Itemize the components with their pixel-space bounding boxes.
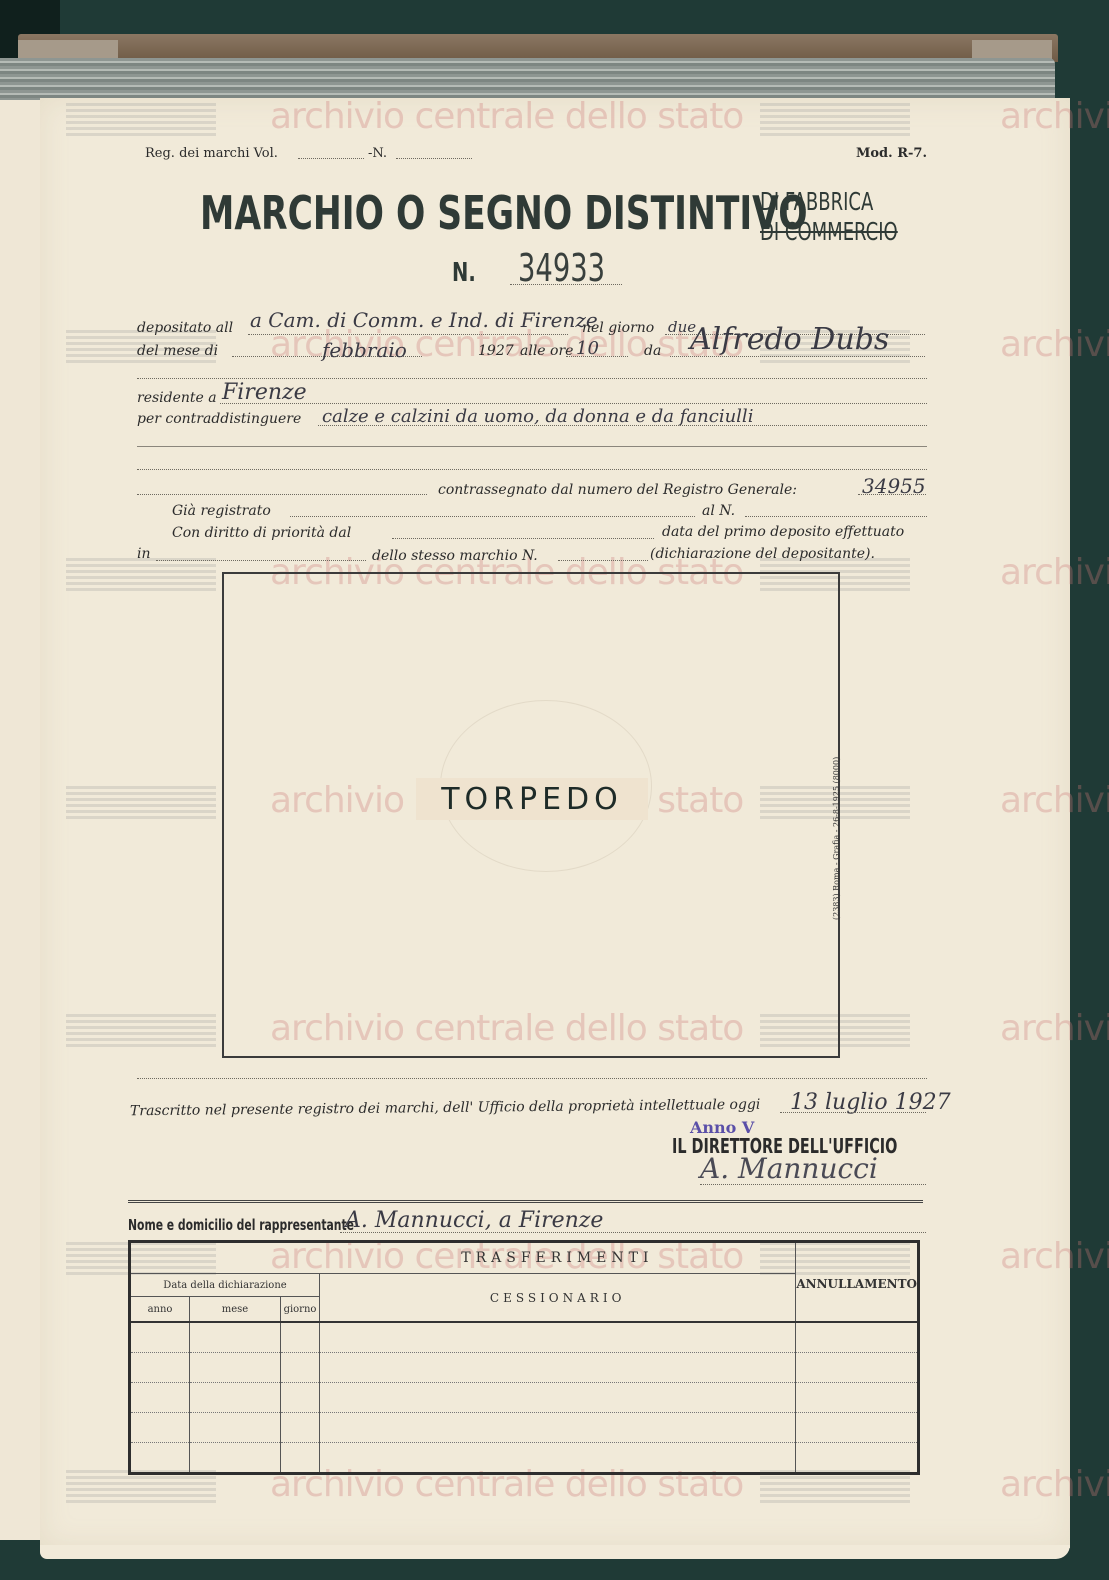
- table-row: [130, 1383, 919, 1413]
- col-cessionario: CESSIONARIO: [320, 1274, 796, 1323]
- printer-note: (2383) Roma - Grafia - 26-8-1925 (8000): [832, 720, 852, 920]
- transfers-title: TRASFERIMENTI: [320, 1242, 796, 1274]
- watermark-text: archivi: [1000, 1464, 1109, 1505]
- trademark-specimen-label: TORPEDO: [416, 778, 648, 820]
- priorita-label: Con diritto di priorità dal: [172, 525, 351, 541]
- da-label: da: [644, 343, 661, 359]
- depositor-name: Alfredo Dubs: [690, 322, 889, 357]
- gia-registrato-label: Già registrato: [172, 503, 271, 519]
- watermark-text: archivi: [1000, 1008, 1109, 1049]
- section-divider: [128, 1200, 923, 1203]
- representative-value: A. Mannucci, a Firenze: [345, 1208, 603, 1233]
- col-annullamento: ANNULLAMENTO: [796, 1242, 919, 1323]
- stesso-marchio-label: dello stesso marchio N.: [372, 548, 538, 564]
- watermark-text: archivi: [1000, 780, 1109, 821]
- mese-value: febbraio: [322, 338, 407, 362]
- giorno-label: nel giorno: [582, 320, 654, 336]
- al-n-label: al N.: [702, 503, 735, 519]
- type-fabbrica: DI FABBRICA: [760, 187, 873, 216]
- watermark-text: archivio centrale dello stato: [270, 96, 743, 137]
- number-label: N.: [452, 258, 476, 288]
- col-mese: mese: [190, 1297, 281, 1323]
- dichiarazione-label: (dichiarazione del depositante).: [650, 546, 875, 562]
- mod-label: Mod. R-7.: [856, 146, 927, 161]
- col-giorno: giorno: [281, 1297, 320, 1323]
- type-commercio-struck: DI COMMERCIO: [760, 217, 898, 246]
- anno-value: 1927: [478, 343, 514, 359]
- reg-label: Reg. dei marchi Vol.: [145, 146, 278, 161]
- pages-edge: [0, 58, 1055, 100]
- watermark-text: archivi: [1000, 1236, 1109, 1277]
- ore-value: 10: [576, 338, 599, 359]
- watermark-text: archivi: [1000, 96, 1109, 137]
- table-row: [130, 1443, 919, 1474]
- depositato-label: depositato all: [137, 320, 233, 336]
- transfers-table: TRASFERIMENTI ANNULLAMENTO Data della di…: [128, 1240, 920, 1475]
- contrassegnato-label: contrassegnato dal numero del Registro G…: [438, 482, 797, 498]
- table-row: [130, 1413, 919, 1443]
- director-signature: A. Mannucci: [700, 1152, 878, 1185]
- table-row: [130, 1353, 919, 1383]
- representative-label: Nome e domicilio del rappresentante: [128, 1216, 354, 1234]
- watermark-text: archivi: [1000, 552, 1109, 593]
- data-primo-deposito-label: data del primo deposito effettuato: [662, 524, 904, 540]
- goods-description: calze e calzini da uomo, da donna e da f…: [322, 406, 753, 427]
- table-row: [130, 1322, 919, 1353]
- reg-n-label: -N.: [368, 146, 387, 161]
- depositato-value: a Cam. di Comm. e Ind. di Firenze: [250, 308, 598, 332]
- col-anno: anno: [130, 1297, 190, 1323]
- mese-label: del mese di: [137, 343, 218, 359]
- document-title: MARCHIO O SEGNO DISTINTIVO: [200, 186, 808, 240]
- watermark-text: archivi: [1000, 324, 1109, 365]
- in-label: in: [137, 546, 151, 562]
- residente-label: residente a: [137, 390, 217, 406]
- date-group-header: Data della dichiarazione: [130, 1274, 320, 1297]
- per-label: per contraddistinguere: [137, 411, 301, 427]
- residente-value: Firenze: [222, 380, 307, 405]
- page-bottom-edge: [40, 1545, 1070, 1559]
- previous-page-edge: [0, 100, 42, 1540]
